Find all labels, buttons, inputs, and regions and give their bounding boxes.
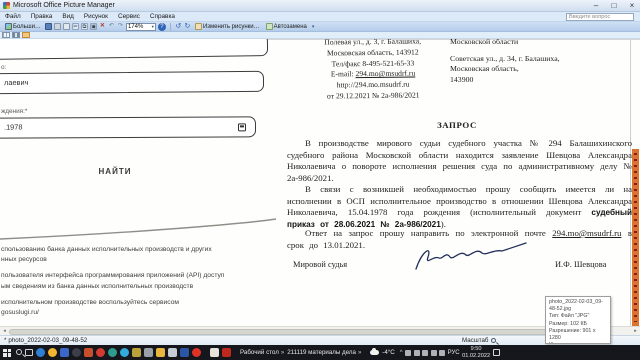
file-info-tooltip: photo_2022-02-03_09-48-52.jpg Тип: Файл … <box>545 296 611 344</box>
windows-taskbar: Рабочий стол» 211119 материалы дела» -4°… <box>0 345 640 360</box>
picture-canvas[interactable]: о: лаевич ждения:* .1978 НАЙТИ спользова… <box>0 39 640 326</box>
red-app-icon[interactable] <box>96 348 105 357</box>
scanned-info-text: спользованию банка данных исполнительных… <box>1 245 277 318</box>
letter-recipient-block: Московской области Советская ул., д. 34,… <box>450 39 632 85</box>
date: 01.02.2022 <box>462 353 490 359</box>
toolbar-separator <box>170 23 171 31</box>
scanned-find-button: НАЙТИ <box>40 167 190 176</box>
modified-marker: * <box>4 337 6 344</box>
zoom-combo[interactable]: 174% ▾ <box>126 23 156 31</box>
maximize-button[interactable]: □ <box>608 1 620 10</box>
print-preview-icon[interactable] <box>63 23 70 30</box>
status-zoom-control[interactable]: Масштаб <box>462 337 496 344</box>
edit-picture-icon <box>195 23 202 30</box>
tray-shield-icon[interactable] <box>405 350 411 356</box>
clock[interactable]: 9:50 01.02.2022 <box>462 346 490 358</box>
scanned-dob-label: ждения:* <box>1 108 27 115</box>
tooltip-size: Размер: 102 КБ <box>549 321 607 328</box>
signer-role: Мировой судья <box>293 260 347 269</box>
letter-ref-number: от 29.12.2021 № 2а-986/2021 <box>287 90 459 103</box>
window-app-icon[interactable] <box>144 348 153 357</box>
start-button[interactable] <box>3 349 11 357</box>
grey-doc-icon[interactable] <box>168 348 177 357</box>
task-view-icon[interactable] <box>25 349 33 356</box>
taskbar-search-icon[interactable] <box>16 349 22 355</box>
views-toolbar <box>0 32 640 39</box>
zoom-label: Масштаб <box>462 337 488 344</box>
picture-manager-icon <box>3 2 10 9</box>
menu-help[interactable]: Справка <box>145 13 180 20</box>
tooltip-type: Тип: Файл "JPG" <box>549 313 607 320</box>
menu-tools[interactable]: Сервис <box>113 13 145 20</box>
close-button[interactable]: × <box>626 1 638 10</box>
help-icon[interactable]: ? <box>158 23 166 31</box>
browse-pictures-button[interactable]: Больши… <box>3 22 43 31</box>
zoom-value: 174% <box>128 24 143 30</box>
copy-icon[interactable]: ⧉ <box>81 23 88 30</box>
scanned-name-label: о: <box>1 64 6 71</box>
single-picture-view-icon[interactable] <box>22 32 30 38</box>
signer-name: И.Ф. Шевцова <box>555 260 606 269</box>
letter-paragraph-2: В связи с возникшей необходимостью прошу… <box>287 184 632 230</box>
rotate-right-icon[interactable]: ↻ <box>184 23 191 30</box>
folder-edge-marks <box>634 153 637 322</box>
telegram-icon[interactable] <box>120 348 129 357</box>
scanned-name-field: лаевич <box>0 71 264 94</box>
folder-icon[interactable] <box>156 348 165 357</box>
tray-expand-icon[interactable]: ^ <box>400 350 403 356</box>
scanned-form-field-top <box>0 39 268 60</box>
menu-bar: Файл Правка Вид Рисунок Сервис Справка <box>0 12 640 22</box>
teal-app-icon[interactable] <box>108 348 117 357</box>
time: 9:50 <box>471 346 482 352</box>
scanned-dob-field: .1978 <box>0 116 256 138</box>
tooltip-modified: Изменен: <box>549 342 607 344</box>
letter-title: ЗАПРОС <box>283 120 631 130</box>
rotate-left-icon[interactable]: ↺ <box>175 23 182 30</box>
scanned-letter: Полевая ул., д. 3, г. Балашиха, Московск… <box>283 39 635 326</box>
yellow-app-icon[interactable] <box>48 348 57 357</box>
adobe-red-icon[interactable] <box>222 348 231 357</box>
cut-icon[interactable]: ✂ <box>72 23 79 30</box>
menu-file[interactable]: Файл <box>0 13 26 20</box>
info-line: пользователя интерфейса программирования… <box>1 271 277 281</box>
magnifier-icon <box>491 338 496 343</box>
undo-icon[interactable]: ↶ <box>108 23 115 30</box>
info-line: gosuslugi.ru/ <box>1 308 277 318</box>
chevron-right-icon: » <box>281 350 284 356</box>
picture-icon <box>5 23 12 30</box>
menu-picture[interactable]: Рисунок <box>79 13 113 20</box>
paint-app-icon[interactable] <box>210 348 219 357</box>
paste-icon[interactable]: ▣ <box>90 23 97 30</box>
edit-pictures-button[interactable]: Изменить рисунки… <box>193 22 262 31</box>
info-line: нных ресурсов <box>1 255 277 265</box>
tray-volume-icon[interactable] <box>439 350 445 356</box>
premiere-icon[interactable] <box>84 348 93 357</box>
chevron-right-icon: » <box>358 350 361 356</box>
obs-icon[interactable] <box>72 348 81 357</box>
olive-app-icon[interactable] <box>132 348 141 357</box>
edge-icon[interactable] <box>36 348 45 357</box>
letter-sender-block: Полевая ул., д. 3, г. Балашиха, Московск… <box>287 39 460 103</box>
status-bar: * photo_2022-02-03_09-48-52 Масштаб <box>0 335 640 345</box>
weather-temp[interactable]: -4°C <box>382 349 394 356</box>
minimize-button[interactable]: – <box>590 1 602 10</box>
menu-view[interactable]: Вид <box>57 13 79 20</box>
filmstrip-view-icon[interactable] <box>12 32 20 38</box>
language-indicator[interactable]: РУС <box>448 350 460 356</box>
display-app-icon[interactable] <box>60 348 69 357</box>
blue-grid-icon[interactable] <box>180 348 189 357</box>
scrollbar-thumb[interactable] <box>9 329 554 335</box>
autocorrect-icon <box>266 23 273 30</box>
redo-icon[interactable]: ↷ <box>117 23 124 30</box>
desktop-toolbar[interactable]: Рабочий стол» <box>240 349 284 356</box>
signature <box>408 241 538 275</box>
info-line: исполнительном производстве воспользуйте… <box>1 298 277 308</box>
tray-mic-icon[interactable] <box>414 350 420 356</box>
horizontal-scrollbar[interactable]: ◂ ▸ <box>0 326 640 335</box>
info-line: спользованию банка данных исполнительных… <box>1 245 277 255</box>
thumbnail-view-icon[interactable] <box>2 32 10 38</box>
yandex-browser-icon[interactable] <box>192 348 201 357</box>
tray-network-icon[interactable] <box>431 350 437 356</box>
calendar-icon <box>238 123 246 131</box>
title-bar: Microsoft Office Picture Manager <box>0 0 640 12</box>
body-email: 294.mo@msudrf.ru <box>552 228 621 238</box>
toolbar-options-chevron[interactable]: ▾ <box>311 24 316 30</box>
letter-paragraph-1: В производстве мирового судьи судебного … <box>287 138 632 184</box>
menu-edit[interactable]: Правка <box>26 13 58 20</box>
tooltip-filename: photo_2022-02-03_09-48-52.jpg <box>549 299 607 313</box>
window-controls: – □ × <box>590 1 638 10</box>
print-icon[interactable] <box>54 23 61 30</box>
info-line: ым сведениям из банка данных исполнитель… <box>1 282 277 292</box>
question-search-input[interactable]: Введите вопрос <box>566 13 634 21</box>
status-filename: * photo_2022-02-03_09-48-52 <box>4 337 87 344</box>
weather-icon[interactable] <box>370 350 379 355</box>
standard-toolbar: Больши… ✂ ⧉ ▣ ✕ ↶ ↷ 174% ▾ ? ↺ ↻ Изменит… <box>0 22 640 32</box>
tray-display-icon[interactable] <box>422 350 428 356</box>
autocorrect-button[interactable]: Автозамена <box>264 22 309 31</box>
save-icon[interactable] <box>45 23 52 30</box>
page-curl-line <box>0 189 280 249</box>
case-materials-toolbar[interactable]: 211119 материалы дела» <box>287 349 361 356</box>
sender-email: 294.mo@msudrf.ru <box>355 69 415 79</box>
delete-icon[interactable]: ✕ <box>99 23 106 30</box>
system-tray: ^ РУС 9:50 01.02.2022 <box>400 346 500 358</box>
window-title: Microsoft Office Picture Manager <box>13 2 115 9</box>
orange-folder-edge <box>632 149 639 326</box>
picture-manager-window: Microsoft Office Picture Manager – □ × Ф… <box>0 0 640 360</box>
action-center-icon[interactable] <box>493 349 500 356</box>
chevron-down-icon: ▾ <box>152 24 154 30</box>
tooltip-resolution: Разрешение: 901 x 1280 <box>549 328 607 342</box>
